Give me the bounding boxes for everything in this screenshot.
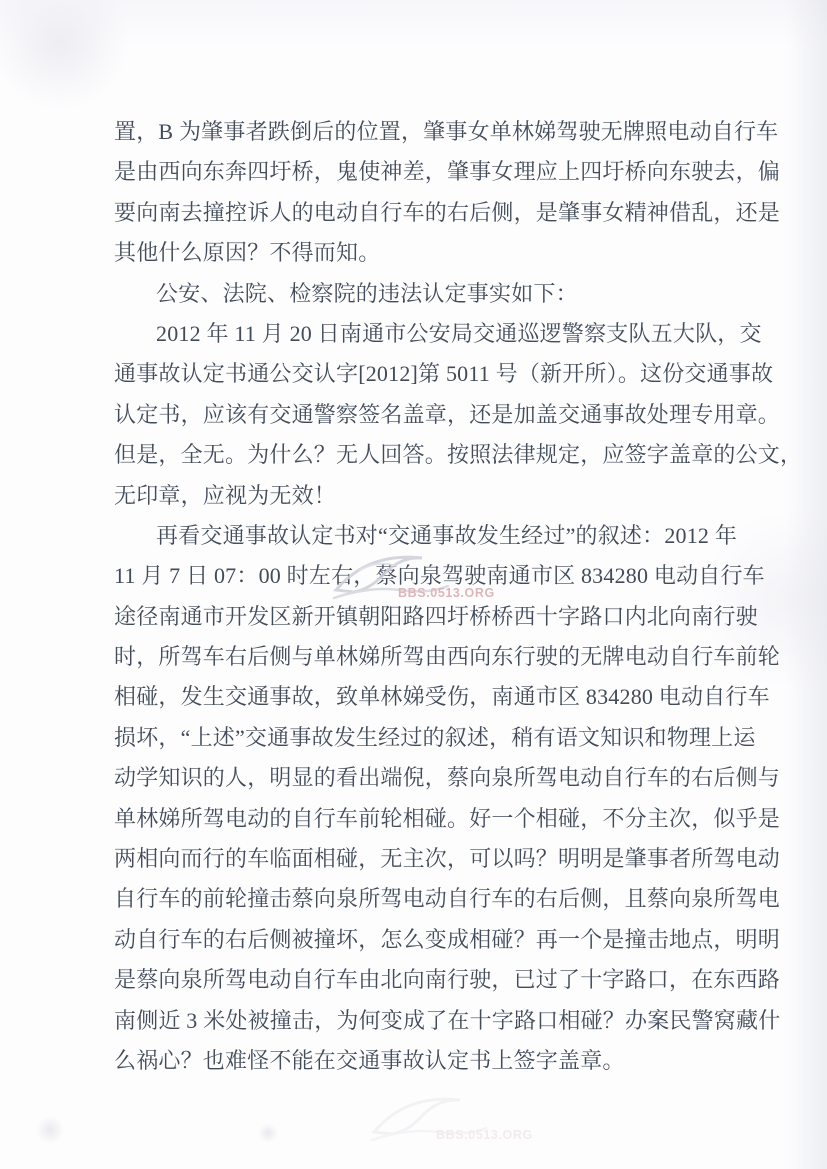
text-line: 认定书，应该有交通警察签名盖章，还是加盖交通事故处理专用章。 (114, 395, 716, 435)
text-line: 其他什么原因？不得而知。 (114, 233, 716, 273)
document-text-block: 置，B 为肇事者跌倒后的位置，肇事女单林娣驾驶无牌照电动自行车 是由西向东奔四圩… (114, 112, 716, 1081)
text-line: 置，B 为肇事者跌倒后的位置，肇事女单林娣驾驶无牌照电动自行车 (114, 112, 716, 152)
text-line: 自行车的前轮撞击蔡向泉所驾电动自行车的右后侧，且蔡向泉所驾电 (114, 879, 716, 919)
text-line: 无印章，应视为无效！ (114, 476, 716, 516)
paragraph: 再看交通事故认定书对“交通事故发生经过”的叙述：2012 年 11 月 7 日 … (114, 516, 716, 1081)
watermark-text: BBS.0513.ORG (436, 1128, 533, 1142)
text-line: 南侧近 3 米处被撞击，为何变成了在十字路口相碰？办案民警窝藏什 (114, 1001, 716, 1041)
text-line: 通事故认定书通公交认字[2012]第 5011 号（新开所）。这份交通事故 (114, 354, 716, 394)
text-line: 相碰，发生交通事故，致单林娣受伤，南通市区 834280 电动自行车 (114, 677, 716, 717)
document-page: 置，B 为肇事者跌倒后的位置，肇事女单林娣驾驶无牌照电动自行车 是由西向东奔四圩… (0, 0, 827, 1169)
text-line: 途径南通市开发区新开镇朝阳路四圩桥桥西十字路口内北向南行驶 (114, 597, 716, 637)
text-line: 是由西向东奔四圩桥，鬼使神差，肇事女理应上四圩桥向东驶去，偏 (114, 152, 716, 192)
text-line: 动自行车的右后侧被撞坏，怎么变成相碰？再一个是撞击地点，明明 (114, 920, 716, 960)
watermark-faint: BBS.0513.ORG (368, 1088, 528, 1148)
text-line: 动学知识的人，明显的看出端倪，蔡向泉所驾电动自行车的右后侧与 (114, 758, 716, 798)
text-line: 么祸心？也难怪不能在交通事故认定书上签字盖章。 (114, 1041, 716, 1081)
text-line: 再看交通事故认定书对“交通事故发生经过”的叙述：2012 年 (114, 516, 716, 556)
paragraph: 置，B 为肇事者跌倒后的位置，肇事女单林娣驾驶无牌照电动自行车 是由西向东奔四圩… (114, 112, 716, 274)
text-line: 时，所驾车右后侧与单林娣所驾由西向东行驶的无牌电动自行车前轮 (114, 637, 716, 677)
text-line: 是蔡向泉所驾电动自行车由北向南行驶，已过了十字路口，在东西路 (114, 960, 716, 1000)
text-line: 但是，全无。为什么？无人回答。按照法律规定，应签字盖章的公文， (114, 435, 716, 475)
paragraph: 2012 年 11 月 20 日南通市公安局交通巡逻警察支队五大队，交 通事故认… (114, 314, 716, 516)
text-line: 公安、法院、检察院的违法认定事实如下： (114, 274, 716, 314)
text-line: 2012 年 11 月 20 日南通市公安局交通巡逻警察支队五大队，交 (114, 314, 716, 354)
text-line: 单林娣所驾电动的自行车前轮相碰。好一个相碰，不分主次，似乎是 (114, 799, 716, 839)
text-line: 损坏，“上述”交通事故发生经过的叙述，稍有语文知识和物理上运 (114, 718, 716, 758)
text-line: 11 月 7 日 07：00 时左右，蔡向泉驾驶南通市区 834280 电动自行… (114, 556, 716, 596)
text-line: 要向南去撞控诉人的电动自行车的右后侧，是肇事女精神借乱，还是 (114, 193, 716, 233)
paragraph: 公安、法院、检察院的违法认定事实如下： (114, 274, 716, 314)
text-line: 两相向而行的车临面相碰，无主次，可以吗？明明是肇事者所驾电动 (114, 839, 716, 879)
